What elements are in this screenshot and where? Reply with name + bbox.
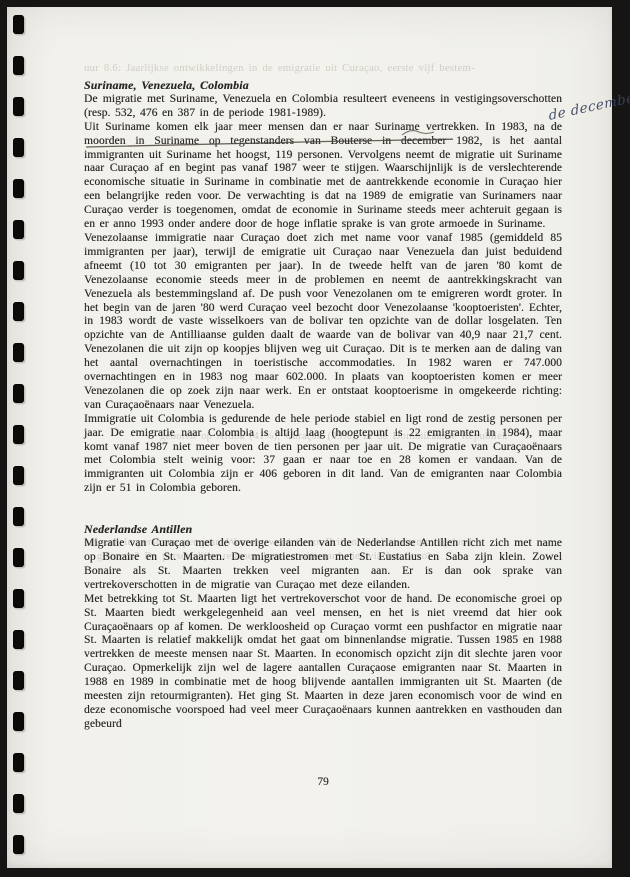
binding-hole	[13, 548, 24, 567]
section-heading-nederlandse-antillen: Nederlandse Antillen	[84, 523, 562, 537]
binding-hole	[13, 343, 24, 362]
page-number: 79	[84, 776, 562, 788]
binding-hole	[13, 630, 24, 649]
binding-hole	[13, 15, 24, 34]
binding-hole	[13, 712, 24, 731]
binding-hole	[13, 384, 24, 403]
text-block: Suriname, Venezuela, Colombia De migrati…	[84, 79, 562, 732]
binding-hole	[13, 261, 24, 280]
binding-hole	[13, 97, 24, 116]
binding-hole	[13, 466, 24, 485]
paragraph: Uit Suriname komen elk jaar meer mensen …	[84, 121, 562, 232]
scan-frame: uur 8.6: Jaarlijkse ontwikkelingen in de…	[0, 0, 630, 877]
binding-hole	[13, 56, 24, 75]
binding-hole	[13, 794, 24, 813]
binding-hole	[13, 179, 24, 198]
paragraph: Venezolaanse immigratie naar Curaçao doe…	[84, 232, 562, 413]
binding-holes-strip	[13, 0, 27, 877]
section-heading-suriname-venezuela-colombia: Suriname, Venezuela, Colombia	[84, 79, 562, 93]
paragraph: Migratie van Curaçao met de overige eila…	[84, 537, 562, 593]
paragraph: Met betrekking tot St. Maarten ligt het …	[84, 593, 562, 732]
binding-hole	[13, 507, 24, 526]
paragraph: Immigratie uit Colombia is gedurende de …	[84, 413, 562, 496]
binding-hole	[13, 220, 24, 239]
binding-hole	[13, 425, 24, 444]
paragraph: De migratie met Suriname, Venezuela en C…	[84, 93, 562, 121]
binding-hole	[13, 589, 24, 608]
binding-hole	[13, 671, 24, 690]
binding-hole	[13, 835, 24, 854]
binding-hole	[13, 302, 24, 321]
binding-hole	[13, 138, 24, 157]
bleedthrough-text: uur 8.6: Jaarlijkse ontwikkelingen in de…	[84, 62, 562, 75]
binding-hole	[13, 753, 24, 772]
